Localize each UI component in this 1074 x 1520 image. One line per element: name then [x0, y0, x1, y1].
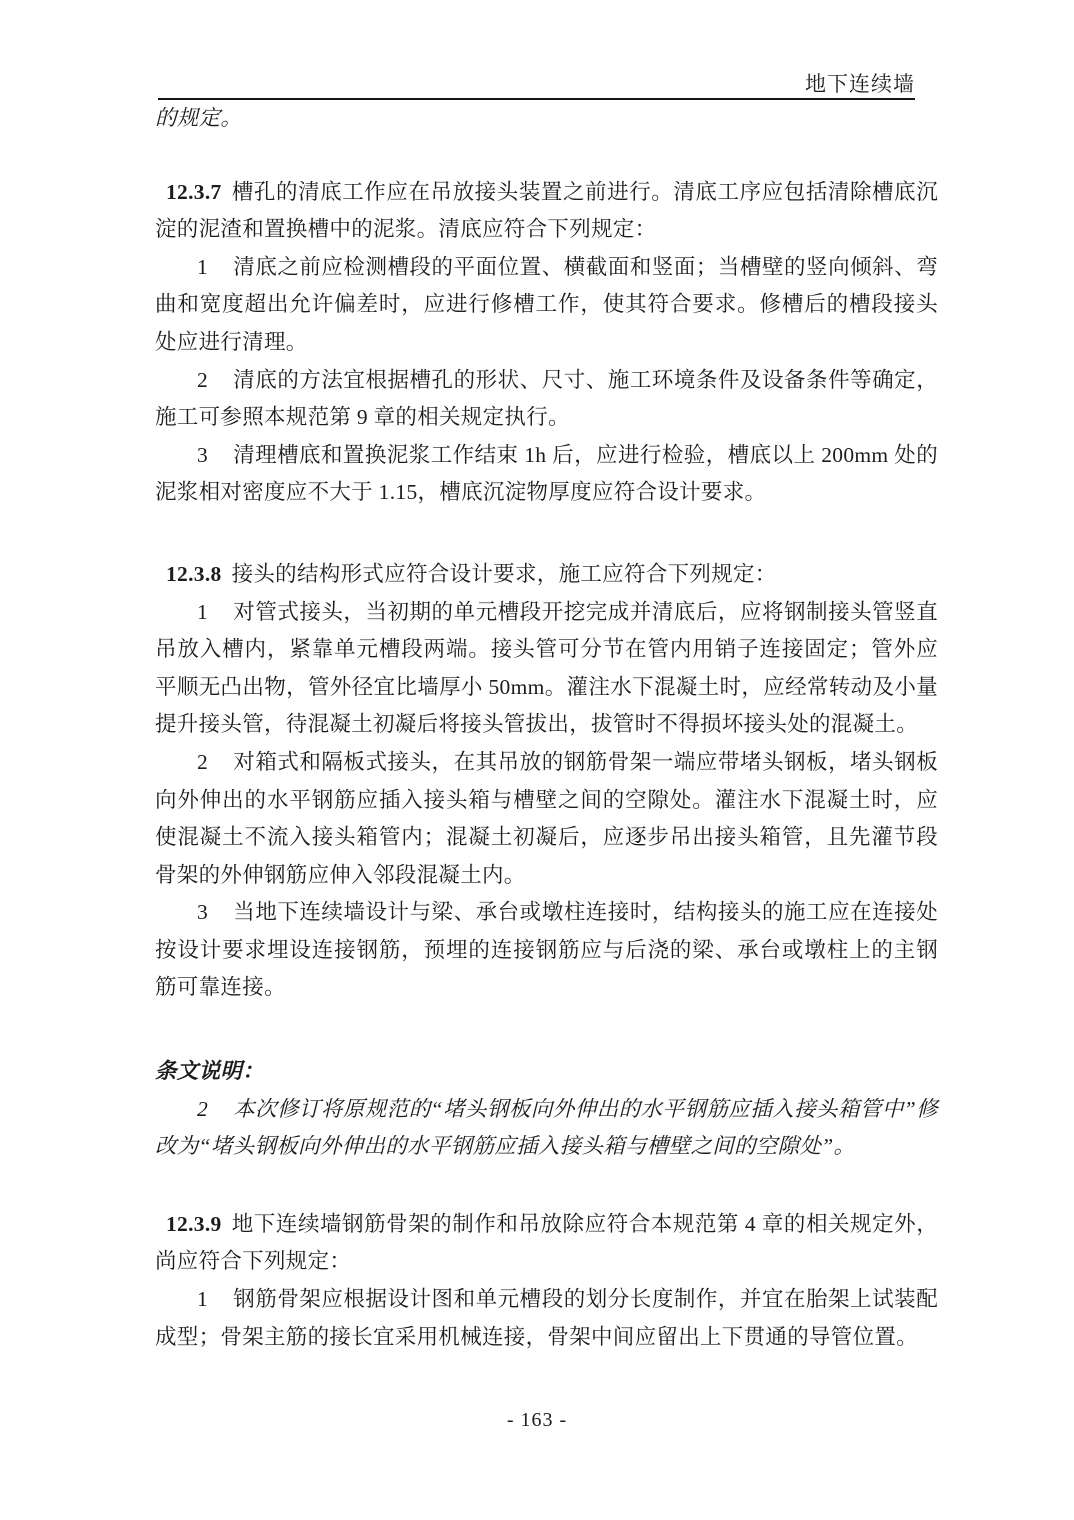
item-text: 清底之前应检测槽段的平面位置、横截面和竖面；当槽壁的竖向倾斜、弯曲和宽度超出允许…	[155, 255, 938, 354]
intro-continuation-text: 的规定。	[155, 100, 938, 138]
commentary-item: 2本次修订将原规范的“堵头钢板向外伸出的水平钢筋应插入接头箱管中”修改为“堵头钢…	[155, 1091, 938, 1166]
list-item: 3清理槽底和置换泥浆工作结束 1h 后，应进行检验，槽底以上 200mm 处的泥…	[155, 437, 938, 512]
running-header-title: 地下连续墙	[805, 72, 915, 96]
clause-text: 地下连续墙钢筋骨架的制作和吊放除应符合本规范第 4 章的相关规定外，尚应符合下列…	[155, 1212, 938, 1274]
item-text: 对管式接头，当初期的单元槽段开挖完成并清底后，应将钢制接头管竖直吊放入槽内，紧靠…	[155, 600, 938, 737]
clause-text: 槽孔的清底工作应在吊放接头装置之前进行。清底工序应包括清除槽底沉淀的泥渣和置换槽…	[155, 180, 938, 242]
clause-12-3-7: 12.3.7槽孔的清底工作应在吊放接头装置之前进行。清底工序应包括清除槽底沉淀的…	[155, 174, 938, 512]
clause-lead: 12.3.7槽孔的清底工作应在吊放接头装置之前进行。清底工序应包括清除槽底沉淀的…	[155, 174, 938, 249]
list-item: 2对箱式和隔板式接头，在其吊放的钢筋骨架一端应带堵头钢板，堵头钢板向外伸出的水平…	[155, 744, 938, 894]
item-text: 钢筋骨架应根据设计图和单元槽段的划分长度制作，并宜在胎架上试装配成型；骨架主筋的…	[155, 1287, 938, 1349]
clause-text: 接头的结构形式应符合设计要求，施工应符合下列规定：	[232, 562, 777, 586]
clause-number: 12.3.7	[166, 180, 222, 204]
clause-number: 12.3.8	[166, 562, 222, 586]
item-text: 本次修订将原规范的“堵头钢板向外伸出的水平钢筋应插入接头箱管中”修改为“堵头钢板…	[155, 1097, 938, 1159]
item-number: 1	[197, 1287, 208, 1311]
list-item: 1对管式接头，当初期的单元槽段开挖完成并清底后，应将钢制接头管竖直吊放入槽内，紧…	[155, 594, 938, 744]
document-page: 地下连续墙 的规定。 12.3.7槽孔的清底工作应在吊放接头装置之前进行。清底工…	[0, 0, 1074, 1520]
item-number: 2	[197, 750, 208, 774]
commentary-block: 条文说明： 2本次修订将原规范的“堵头钢板向外伸出的水平钢筋应插入接头箱管中”修…	[155, 1053, 938, 1166]
clause-number: 12.3.9	[166, 1212, 222, 1236]
page-body: 的规定。 12.3.7槽孔的清底工作应在吊放接头装置之前进行。清底工序应包括清除…	[155, 100, 938, 1356]
item-text: 对箱式和隔板式接头，在其吊放的钢筋骨架一端应带堵头钢板，堵头钢板向外伸出的水平钢…	[155, 750, 938, 887]
item-number: 1	[197, 255, 208, 279]
list-item: 2清底的方法宜根据槽孔的形状、尺寸、施工环境条件及设备条件等确定，施工可参照本规…	[155, 362, 938, 437]
item-text: 清理槽底和置换泥浆工作结束 1h 后，应进行检验，槽底以上 200mm 处的泥浆…	[155, 443, 938, 505]
clause-12-3-9: 12.3.9地下连续墙钢筋骨架的制作和吊放除应符合本规范第 4 章的相关规定外，…	[155, 1206, 938, 1356]
list-item: 1清底之前应检测槽段的平面位置、横截面和竖面；当槽壁的竖向倾斜、弯曲和宽度超出允…	[155, 249, 938, 362]
list-item: 3当地下连续墙设计与梁、承台或墩柱连接时，结构接头的施工应在连接处按设计要求埋设…	[155, 894, 938, 1007]
item-number: 3	[197, 900, 208, 924]
item-number: 3	[197, 443, 208, 467]
item-text: 当地下连续墙设计与梁、承台或墩柱连接时，结构接头的施工应在连接处按设计要求埋设连…	[155, 900, 938, 999]
clause-12-3-8: 12.3.8接头的结构形式应符合设计要求，施工应符合下列规定： 1对管式接头，当…	[155, 556, 938, 1007]
commentary-heading: 条文说明：	[155, 1053, 938, 1091]
item-number: 2	[197, 368, 208, 392]
item-text: 清底的方法宜根据槽孔的形状、尺寸、施工环境条件及设备条件等确定，施工可参照本规范…	[155, 368, 938, 430]
item-number: 2	[197, 1097, 208, 1121]
clause-lead: 12.3.8接头的结构形式应符合设计要求，施工应符合下列规定：	[155, 556, 938, 594]
running-header: 地下连续墙	[158, 72, 915, 100]
page-number: - 163 -	[0, 1406, 1074, 1434]
clause-lead: 12.3.9地下连续墙钢筋骨架的制作和吊放除应符合本规范第 4 章的相关规定外，…	[155, 1206, 938, 1281]
list-item: 1钢筋骨架应根据设计图和单元槽段的划分长度制作，并宜在胎架上试装配成型；骨架主筋…	[155, 1281, 938, 1356]
item-number: 1	[197, 600, 208, 624]
